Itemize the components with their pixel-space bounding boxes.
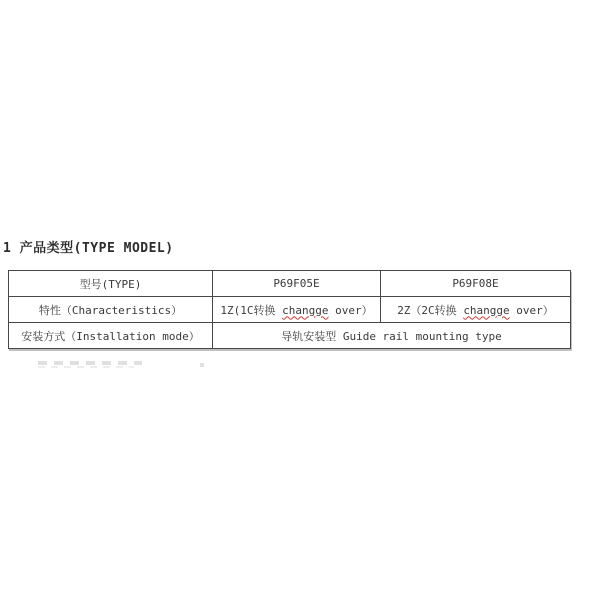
characteristics-1-misspelled-word: changge bbox=[282, 304, 328, 317]
characteristics-2-pre: 2Z（2C转换 bbox=[397, 304, 463, 317]
faint-cutoff-text-artifact-2 bbox=[38, 366, 134, 368]
cell-installation-label: 安装方式（Installation mode） bbox=[9, 323, 213, 349]
cell-characteristics-label: 特性（Characteristics） bbox=[9, 297, 213, 323]
document-page: 1 产品类型(TYPE MODEL) 型号(TYPE) P69F05E P69F… bbox=[0, 0, 600, 600]
cell-characteristics-2: 2Z（2C转换 changge over） bbox=[381, 297, 571, 323]
cell-model-1: P69F05E bbox=[213, 271, 381, 297]
faint-cutoff-text-artifact bbox=[38, 361, 142, 365]
cell-characteristics-1: 1Z(1C转换 changge over） bbox=[213, 297, 381, 323]
cell-type-label: 型号(TYPE) bbox=[9, 271, 213, 297]
type-model-table: 型号(TYPE) P69F05E P69F08E 特性（Characterist… bbox=[8, 270, 571, 349]
cell-model-2: P69F08E bbox=[381, 271, 571, 297]
characteristics-2-misspelled-word: changge bbox=[463, 304, 509, 317]
section-heading: 1 产品类型(TYPE MODEL) bbox=[3, 237, 174, 256]
table-row-type: 型号(TYPE) P69F05E P69F08E bbox=[9, 271, 571, 297]
characteristics-1-post: over） bbox=[328, 304, 372, 317]
table-row-characteristics: 特性（Characteristics） 1Z(1C转换 changge over… bbox=[9, 297, 571, 323]
characteristics-2-post: over） bbox=[510, 304, 554, 317]
characteristics-1-pre: 1Z(1C转换 bbox=[220, 304, 282, 317]
cell-installation-value: 导轨安装型 Guide rail mounting type bbox=[213, 323, 571, 349]
table-row-installation: 安装方式（Installation mode） 导轨安装型 Guide rail… bbox=[9, 323, 571, 349]
faint-dot-artifact bbox=[200, 363, 204, 367]
